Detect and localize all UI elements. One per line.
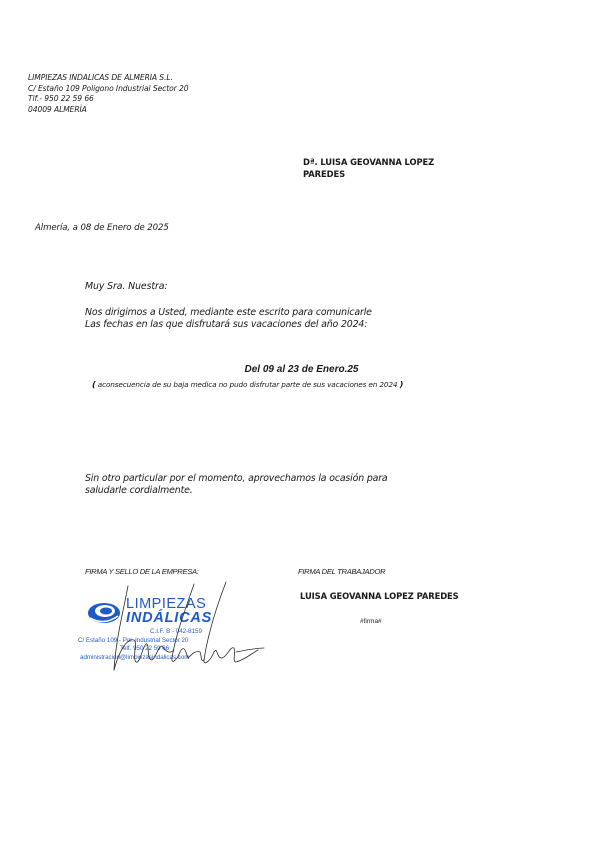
sender-city: 04009 ALMERÌA [28,105,188,116]
stamp-email: administracion@limpiezasindalicas.com [80,654,189,661]
stamp-address: C/ Estaño 109 - Pol. Industrial Sector 2… [78,637,188,644]
sender-company-name: LIMPIEZAS INDALICAS DE ALMERIA S.L. [28,73,188,84]
company-stamp: LIMPIEZAS INDÁLICAS C.I.F. B - 042-8159 … [76,578,266,673]
letter-body-line: Nos dirigimos a Usted, mediante este esc… [85,307,372,319]
date-line: Almería, a 08 de Enero de 2025 [35,223,169,233]
closing-line: saludarle cordialmente. [85,485,388,497]
note-text: aconsecuencia de su baja medica no pudo … [96,380,400,389]
stamp-phone: Telf. 950 22 59 66 [120,645,169,652]
recipient-name-line1: Dª. LUISA GEOVANNA LOPEZ [303,156,434,168]
stamp-cif: C.I.F. B - 042-8159 [150,628,202,635]
vacation-period: Del 09 al 23 de Enero.25 [0,364,595,375]
company-signature-label: FIRMA Y SELLO DE LA EMPRESA: [85,567,199,576]
sender-address-block: LIMPIEZAS INDALICAS DE ALMERIA S.L. C/ E… [28,73,188,115]
company-logo-icon [86,600,122,624]
sender-phone: Tlf.- 950 22 59 66 [28,94,188,105]
worker-signature-placeholder: #firma# [360,618,382,625]
letter-body: Nos dirigimos a Usted, mediante este esc… [85,307,372,331]
recipient-block: Dª. LUISA GEOVANNA LOPEZ PAREDES [303,156,434,181]
note-close-paren: ) [400,379,404,389]
sender-street: C/ Estaño 109 Poligono Industrial Sector… [28,84,188,95]
worker-name: LUISA GEOVANNA LOPEZ PAREDES [300,591,459,601]
recipient-name-line2: PAREDES [303,168,434,180]
stamp-brand-line2: INDÁLICAS [126,610,212,626]
letter-closing: Sin otro particular por el momento, apro… [85,473,388,497]
letter-greeting: Muy Sra. Nuestra: [85,281,167,292]
vacation-note: ( aconsecuencia de su baja medica no pud… [92,379,403,389]
closing-line: Sin otro particular por el momento, apro… [85,473,388,485]
letter-body-line: Las fechas en las que disfrutará sus vac… [85,319,372,331]
worker-signature-label: FIRMA DEL TRABAJADOR [298,567,385,576]
